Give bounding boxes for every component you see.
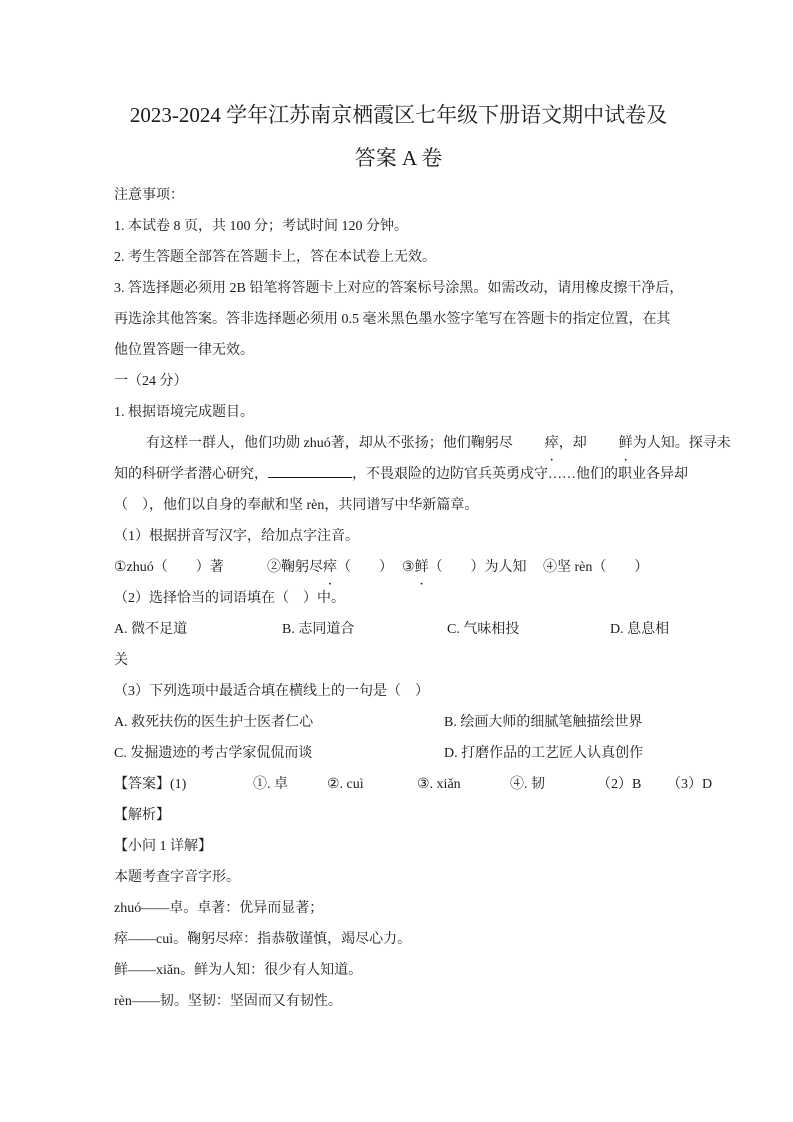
document-title-line-2: 答案 A 卷 — [114, 137, 683, 180]
document-title: 2023-2024 学年江苏南京栖霞区七年级下册语文期中试卷及 答案 A 卷 — [114, 94, 683, 180]
text-segment: C. 气味相投 — [447, 614, 610, 645]
analysis-line-5: rèn——韧。坚韧：坚固而又有韧性。 — [114, 986, 683, 1017]
text-segment: ②. cuì — [327, 769, 417, 800]
text-segment: ①. 卓 — [253, 769, 327, 800]
pinyin-items-row: ①zhuó（ ）著②鞠躬尽瘁（ ）③鲜（ ）为人知④坚 rèn（ ） — [114, 552, 683, 583]
text-segment: ③. xiǎn — [417, 769, 510, 800]
analysis-line-3: 瘁——cuì。鞠躬尽瘁：指恭敬谨慎，竭尽心力。 — [114, 924, 683, 955]
analysis-line-2: zhuó——卓。卓著：优异而显著； — [114, 893, 683, 924]
fill-in-blank-line — [268, 464, 352, 478]
section-heading: 一（24 分） — [114, 366, 683, 397]
passage-line-1: 有这样一群人，他们功勋 zhuó著，却从不张扬；他们鞠躬尽瘁，却鲜为人知。探寻未 — [114, 428, 683, 459]
text-segment: 【答案】(1) — [114, 769, 253, 800]
text-segment: （2）B — [597, 769, 667, 800]
document-body: 注意事项：1. 本试卷 8 页，共 100 分；考试时间 120 分钟。2. 考… — [114, 180, 683, 1017]
choices-row-q3-cd: C. 发掘遗迹的考古学家侃侃而谈D. 打磨作品的工艺匠人认真创作 — [114, 738, 683, 769]
passage-line-3: （ ），他们以自身的奉献和坚 rèn，共同谱写中华新篇章。 — [114, 490, 683, 521]
subquestion-2: （2）选择恰当的词语填在（ ）中。 — [114, 583, 683, 614]
subquestion-1: （1）根据拼音写汉字，给加点字注音。 — [114, 521, 683, 552]
text-segment: （3）D — [667, 769, 712, 800]
text-segment: ②鞠躬尽瘁（ ） — [267, 552, 402, 583]
emphasis-dotted-char: 鲜 — [587, 428, 633, 459]
question-1-stem: 1. 根据语境完成题目。 — [114, 397, 683, 428]
analysis-line-4: 鲜——xiǎn。鲜为人知：很少有人知道。 — [114, 955, 683, 986]
text-segment: ④. 韧 — [510, 769, 597, 800]
notice-item-3-line-3: 他位置答题一律无效。 — [114, 335, 683, 366]
analysis-heading: 【解析】 — [114, 800, 683, 831]
choices-row-q2: A. 微不足道B. 志同道合C. 气味相投D. 息息相 — [114, 614, 683, 645]
answer-row: 【答案】(1)①. 卓②. cuì③. xiǎn④. 韧（2）B（3）D — [114, 769, 683, 800]
notice-item-3-line-2: 再选涂其他答案。答非选择题必须用 0.5 毫米黑色墨水签字笔写在答题卡的指定位置… — [114, 304, 683, 335]
text-segment: A. 微不足道 — [114, 614, 282, 645]
analysis-line-1: 本题考查字音字形。 — [114, 862, 683, 893]
choices-q2-wrap: 关 — [114, 645, 683, 676]
text-segment: A. 救死扶伤的医生护士医者仁心 — [114, 707, 444, 738]
text-segment: B. 志同道合 — [282, 614, 447, 645]
text-segment: ③鲜（ ）为人知 — [402, 552, 543, 583]
notice-heading: 注意事项： — [114, 180, 683, 211]
notice-item-1: 1. 本试卷 8 页，共 100 分；考试时间 120 分钟。 — [114, 211, 683, 242]
emphasis-dotted-char: 瘁 — [323, 552, 337, 583]
emphasis-dotted-char: 鲜 — [415, 552, 429, 583]
analysis-subheading: 【小问 1 详解】 — [114, 831, 683, 862]
choices-row-q3-ab: A. 救死扶伤的医生护士医者仁心B. 绘画大师的细腻笔触描绘世界 — [114, 707, 683, 738]
document-title-line-1: 2023-2024 学年江苏南京栖霞区七年级下册语文期中试卷及 — [114, 94, 683, 137]
document-content: 2023-2024 学年江苏南京栖霞区七年级下册语文期中试卷及 答案 A 卷 注… — [0, 0, 793, 1017]
text-segment: ④坚 rèn（ ） — [543, 552, 648, 583]
text-segment: D. 息息相 — [610, 614, 669, 645]
notice-item-2: 2. 考生答题全部答在答题卡上，答在本试卷上无效。 — [114, 242, 683, 273]
notice-item-3-line-1: 3. 答选择题必须用 2B 铅笔将答题卡上对应的答案标号涂黑。如需改动，请用橡皮… — [114, 273, 683, 304]
text-segment: ①zhuó（ ）著 — [114, 552, 267, 583]
exam-document-page: 2023-2024 学年江苏南京栖霞区七年级下册语文期中试卷及 答案 A 卷 注… — [0, 0, 793, 1122]
subquestion-3: （3）下列选项中最适合填在横线上的一句是（ ） — [114, 676, 683, 707]
text-segment: D. 打磨作品的工艺匠人认真创作 — [444, 738, 643, 769]
text-segment: B. 绘画大师的细腻笔触描绘世界 — [444, 707, 642, 738]
emphasis-dotted-char: 瘁 — [513, 428, 559, 459]
text-segment: C. 发掘遗迹的考古学家侃侃而谈 — [114, 738, 444, 769]
